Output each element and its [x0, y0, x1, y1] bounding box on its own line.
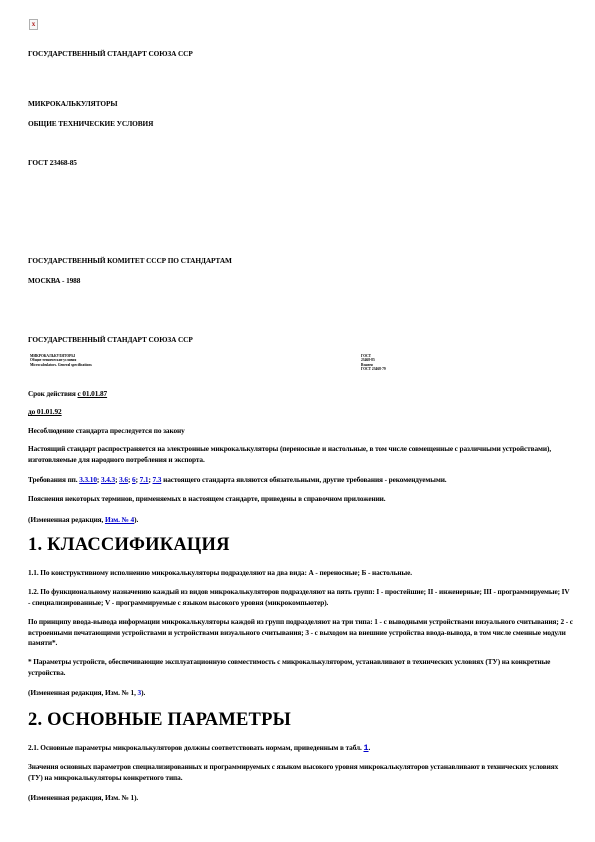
city-year: МОСКВА - 1988 — [28, 276, 80, 285]
amendment-note-section-2: (Измененная редакция, Изм. № 1). — [28, 793, 573, 804]
clause-2-1-suffix: . — [369, 743, 371, 752]
committee-name: ГОСУДАРСТВЕННЫЙ КОМИТЕТ СССР ПО СТАНДАРТ… — [28, 256, 232, 265]
clause-1-1: 1.1. По конструктивному исполнению микро… — [28, 568, 573, 579]
amendment-note-intro: (Измененная редакция, Изм. № 4). — [28, 515, 573, 526]
document-subject: МИКРОКАЛЬКУЛЯТОРЫ — [28, 99, 117, 108]
title-block-right: ГОСТ 23468-85 Взамен ГОСТ 23468-79 — [361, 354, 386, 372]
footnote-paragraph: * Параметры устройств, обеспечивающие эк… — [28, 657, 573, 678]
document-title-top: ГОСУДАРСТВЕННЫЙ СТАНДАРТ СОЮЗА ССР — [28, 49, 193, 58]
amendment-note-section-1: (Измененная редакция, Изм. № 1, 3). — [28, 688, 573, 699]
requirements-prefix: Требования пп. — [28, 475, 79, 484]
validity-from-label: Срок действия — [28, 389, 77, 398]
requirements-paragraph: Требования пп. 3.3.10; 3.4.3; 3.6; 6; 7.… — [28, 475, 573, 486]
io-classification-paragraph: По принципу ввода-вывода информации микр… — [28, 617, 573, 649]
link-clause-6[interactable]: 6 — [132, 475, 136, 484]
scope-paragraph: Настоящий стандарт распространяется на э… — [28, 444, 573, 465]
amendment-prefix: (Измененная редакция, — [28, 515, 105, 524]
title-block-left-line: Microcalculators. General specifications — [30, 363, 92, 367]
legal-notice: Несоблюдение стандарта преследуется по з… — [28, 426, 185, 435]
clause-1-2: 1.2. По функциональному назначению кажды… — [28, 587, 573, 608]
clause-2-1-prefix: 2.1. Основные параметры микрокалькулятор… — [28, 743, 364, 752]
requirements-suffix: настоящего стандарта являются обязательн… — [161, 475, 446, 484]
link-amendment-4[interactable]: Изм. № 4 — [105, 515, 134, 524]
validity-from: Срок действия с 01.01.87 — [28, 389, 107, 398]
document-subtitle: ОБЩИЕ ТЕХНИЧЕСКИЕ УСЛОВИЯ — [28, 119, 153, 128]
amendment-suffix: ). — [134, 515, 138, 524]
link-clause-3-3-10[interactable]: 3.3.10 — [79, 475, 97, 484]
link-clause-7-1[interactable]: 7.1 — [140, 475, 149, 484]
clause-2-1: 2.1. Основные параметры микрокалькулятор… — [28, 743, 573, 754]
parameter-values-paragraph: Значения основных параметров специализир… — [28, 762, 573, 783]
link-clause-3-4-3[interactable]: 3.4.3 — [101, 475, 115, 484]
gost-number: ГОСТ 23468-85 — [28, 158, 77, 167]
title-block-right-line: ГОСТ 23468-79 — [361, 367, 386, 371]
validity-to: до 01.01.92 — [28, 407, 62, 416]
title-block-left: МИКРОКАЛЬКУЛЯТОРЫ Общие технические усло… — [30, 354, 92, 367]
link-clause-3-6[interactable]: 3.6 — [119, 475, 128, 484]
amendment-prefix: (Измененная редакция, Изм. № 1, — [28, 688, 138, 697]
terms-paragraph: Пояснения некоторых терминов, применяемы… — [28, 494, 573, 505]
validity-from-value: с 01.01.87 — [77, 389, 107, 398]
section-2-heading: 2. ОСНОВНЫЕ ПАРАМЕТРЫ — [28, 710, 291, 731]
section-1-heading: 1. КЛАССИФИКАЦИЯ — [28, 535, 230, 556]
document-title-second: ГОСУДАРСТВЕННЫЙ СТАНДАРТ СОЮЗА ССР — [28, 335, 193, 344]
broken-image-icon: x — [29, 19, 38, 30]
amendment-suffix: ). — [141, 688, 145, 697]
